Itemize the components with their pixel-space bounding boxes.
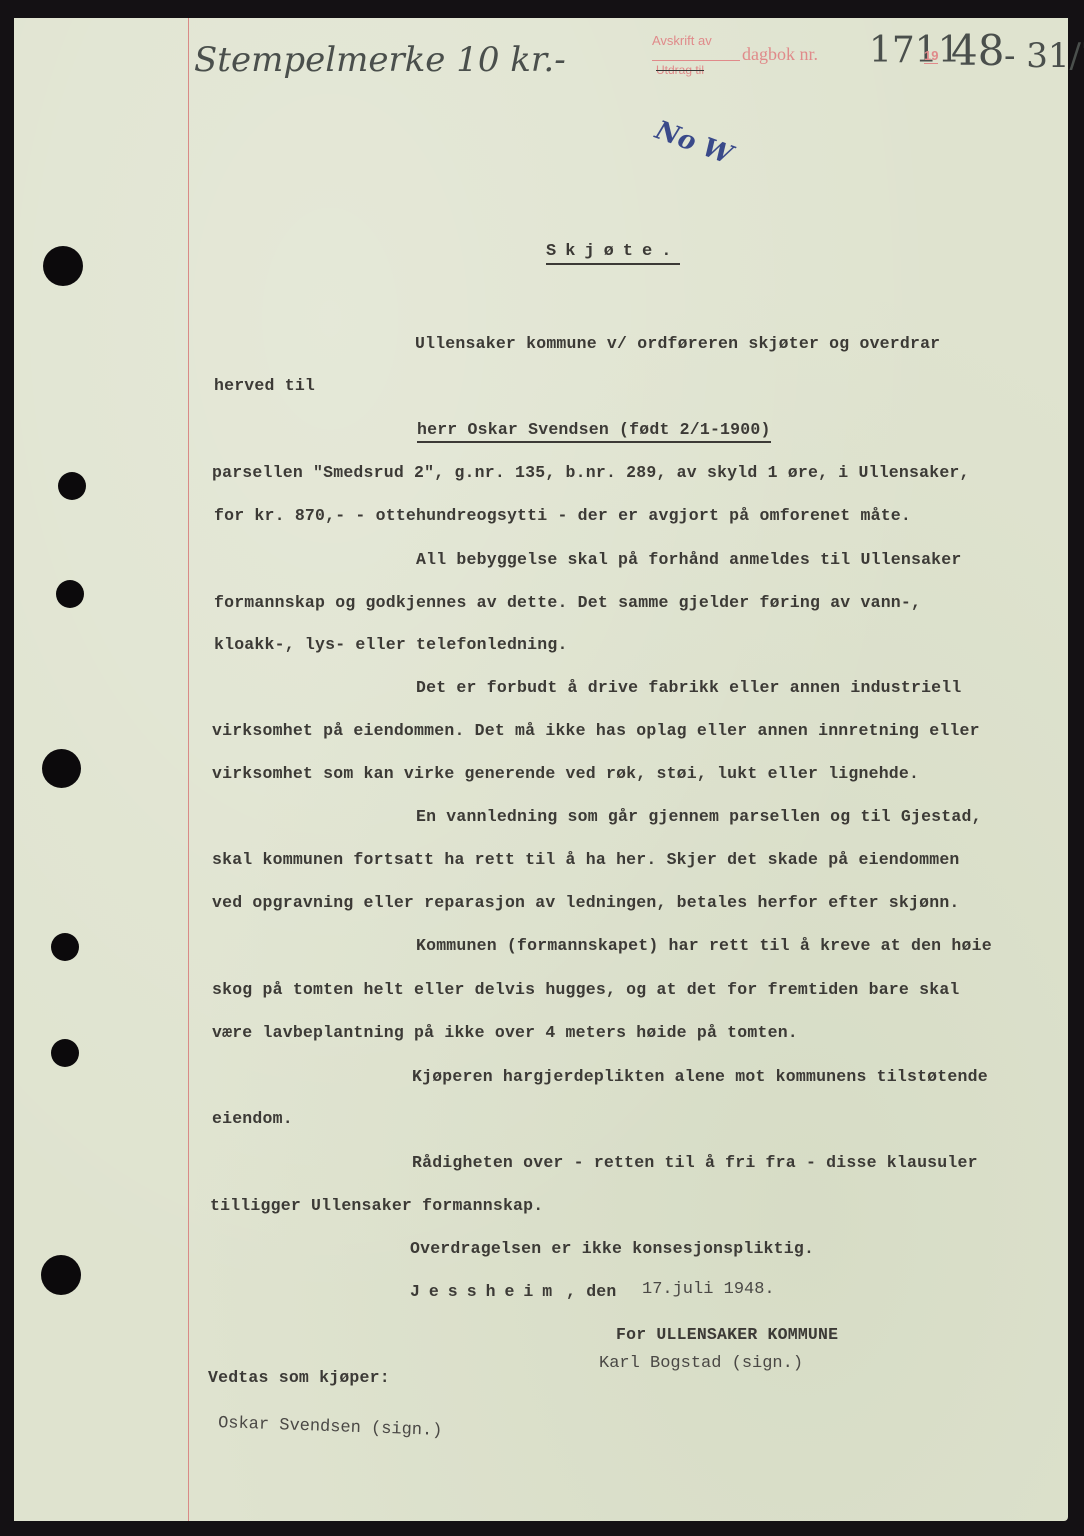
document-title: Skjøte. bbox=[546, 242, 680, 265]
body-line: skal kommunen fortsatt ha rett til å ha … bbox=[212, 850, 960, 869]
place: Jessheim bbox=[410, 1282, 561, 1301]
punch-hole bbox=[41, 1255, 81, 1295]
document-page: Stempelmerke 10 kr.- Avskrift av Utdrag … bbox=[14, 18, 1068, 1521]
body-line: Overdragelsen er ikke konsesjonspliktig. bbox=[410, 1239, 814, 1258]
body-line: virksomhet som kan virke generende ved r… bbox=[212, 764, 919, 783]
year-suffix: 48 bbox=[951, 26, 1004, 75]
stamp-line2-crossed: Utdrag til bbox=[656, 63, 704, 77]
body-line: tilligger Ullensaker formannskap. bbox=[210, 1196, 543, 1215]
body-line: ved opgravning eller reparasjon av ledni… bbox=[212, 893, 960, 912]
margin-line bbox=[188, 18, 189, 1521]
body-line: parsellen "Smedsrud 2", g.nr. 135, b.nr.… bbox=[212, 463, 970, 482]
date-note: - 31/7 bbox=[1004, 36, 1084, 76]
body-line: kloakk-, lys- eller telefonledning. bbox=[214, 635, 568, 654]
body-line: Det er forbudt å drive fabrikk eller ann… bbox=[416, 678, 962, 697]
body-line: være lavbeplantning på ikke over 4 meter… bbox=[212, 1023, 798, 1042]
punch-hole bbox=[51, 933, 79, 961]
stamp-rule bbox=[652, 60, 740, 61]
punch-hole bbox=[51, 1039, 79, 1067]
buyer-accept-label: Vedtas som kjøper: bbox=[208, 1368, 390, 1387]
intro-line: Ullensaker kommune v/ ordføreren skjøter… bbox=[415, 334, 940, 353]
body-line: skog på tomten helt eller delvis hugges,… bbox=[212, 980, 960, 999]
body-line: eiendom. bbox=[212, 1109, 293, 1128]
punch-hole bbox=[56, 580, 84, 608]
body-line: En vannledning som går gjennem parsellen… bbox=[416, 807, 982, 826]
date-prefix: , den bbox=[566, 1282, 617, 1301]
buyer-signature: Oskar Svendsen (sign.) bbox=[218, 1414, 443, 1441]
handwritten-note: No W bbox=[651, 115, 736, 170]
stamp-dagbok-label: dagbok nr. bbox=[742, 44, 818, 65]
punch-hole bbox=[42, 749, 81, 788]
date: 17.juli 1948. bbox=[642, 1280, 775, 1299]
buyer-name: herr Oskar Svendsen (født 2/1-1900) bbox=[417, 420, 771, 443]
punch-hole bbox=[43, 246, 83, 286]
seller-org: For ULLENSAKER KOMMUNE bbox=[616, 1325, 838, 1344]
body-line: Kjøperen hargjerdeplikten alene mot komm… bbox=[412, 1067, 988, 1086]
body-line: Kommunen (formannskapet) har rett til å … bbox=[416, 936, 992, 955]
seller-signature: Karl Bogstad (sign.) bbox=[599, 1354, 803, 1373]
stamp-duty-note: Stempelmerke 10 kr.- bbox=[194, 40, 566, 80]
body-line: virksomhet på eiendommen. Det må ikke ha… bbox=[212, 721, 980, 740]
stamp-line1: Avskrift av bbox=[652, 33, 712, 48]
body-line: for kr. 870,- - ottehundreogsytti - der … bbox=[214, 506, 911, 525]
intro-continuation: herved til bbox=[214, 376, 315, 395]
punch-hole bbox=[58, 472, 86, 500]
body-line: All bebyggelse skal på forhånd anmeldes … bbox=[416, 550, 962, 569]
dagbok-number: 1711 bbox=[869, 30, 961, 71]
stamp-year-prefix: 19 bbox=[924, 48, 938, 64]
body-line: formannskap og godkjennes av dette. Det … bbox=[214, 593, 921, 612]
body-line: Rådigheten over - retten til å fri fra -… bbox=[412, 1153, 978, 1172]
